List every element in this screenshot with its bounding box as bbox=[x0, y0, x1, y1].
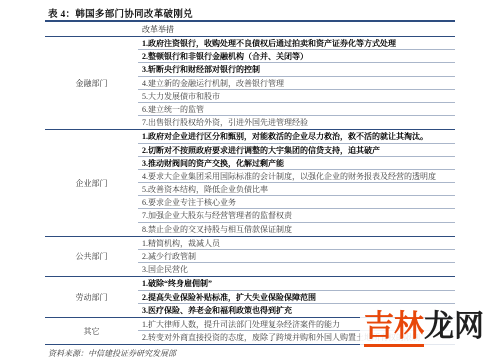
table-row: 5.大力发展债市和股市 bbox=[138, 90, 455, 103]
table-header-row: 改革举措 bbox=[45, 20, 455, 37]
table-row: 7.出售银行股权给外资，引进外国先进管理经验 bbox=[138, 116, 455, 129]
table-row: 7.加强企业大股东与经营管理者的监督权责 bbox=[138, 209, 455, 222]
watermark: 吉林龙网 bbox=[360, 309, 488, 345]
table-row: 1.政府注资银行，收购处理不良债权后通过拍卖和资产证券化等方式处理 bbox=[138, 37, 455, 50]
section-label: 企业部门 bbox=[45, 130, 138, 236]
table-row: 3.斩断央行和财经部对银行的控制 bbox=[138, 63, 455, 76]
section-label: 金融部门 bbox=[45, 37, 138, 129]
source-note: 资料来源：中信建投证券研究发展部 bbox=[48, 348, 176, 359]
table-row: 2.整顿银行和非银行金融机构（合并、关闭等） bbox=[138, 50, 455, 63]
reform-table: 改革举措 金融部门1.政府注资银行，收购处理不良债权后通过拍卖和资产证券化等方式… bbox=[45, 20, 455, 345]
table-section: 公共部门1.精简机构，裁减人员2.减少行政管制3.国企民营化 bbox=[45, 237, 455, 278]
table-row: 3.推动财阀间的资产交换，化解过剩产能 bbox=[138, 157, 455, 170]
table-row: 1.政府对企业进行区分和甄别，对能救活的企业尽力救治，救不活的就让其淘汰。 bbox=[138, 130, 455, 143]
table-row: 3.国企民营化 bbox=[138, 263, 455, 276]
table-row: 5.改善资本结构，降低企业负债比率 bbox=[138, 183, 455, 196]
section-label: 其它 bbox=[45, 318, 138, 344]
table-body: 金融部门1.政府注资银行，收购处理不良债权后通过拍卖和资产证券化等方式处理2.整… bbox=[45, 37, 455, 345]
table-row: 2.提高失业保险补贴标准，扩大失业保险保障范围 bbox=[138, 291, 455, 304]
table-title: 表 4：韩国多部门协同改革破刚兑 bbox=[48, 6, 193, 20]
table-row: 2.减少行政管制 bbox=[138, 250, 455, 263]
table-row: 1.精简机构，裁减人员 bbox=[138, 237, 455, 250]
watermark-part2: 龙网 bbox=[424, 310, 484, 343]
table-section: 金融部门1.政府注资银行，收购处理不良债权后通过拍卖和资产证券化等方式处理2.整… bbox=[45, 37, 455, 130]
table-row: 4.建立新的金融运行机制，改善银行管理 bbox=[138, 77, 455, 90]
table-row: 1.破除“终身雇佣制” bbox=[138, 277, 455, 290]
section-label: 劳动部门 bbox=[45, 277, 138, 317]
table-row: 8.禁止企业的交叉持股与相互借款保证制度 bbox=[138, 223, 455, 236]
header-label: 改革举措 bbox=[138, 24, 174, 35]
section-rows: 1.政府对企业进行区分和甄别，对能救活的企业尽力救治，救不活的就让其淘汰。2.切… bbox=[138, 130, 455, 236]
table-row: 6.建立统一的监管 bbox=[138, 103, 455, 116]
watermark-part1: 吉林 bbox=[364, 310, 424, 347]
table-row: 6.要求企业专注于核心业务 bbox=[138, 196, 455, 209]
table-row: 4.要求大企业集团采用国际标准的会计制度，以强化企业的财务报表及经营的透明度 bbox=[138, 170, 455, 183]
report-page: 表 4：韩国多部门协同改革破刚兑 改革举措 金融部门1.政府注资银行，收购处理不… bbox=[0, 0, 500, 363]
table-section: 企业部门1.政府对企业进行区分和甄别，对能救活的企业尽力救治，救不活的就让其淘汰… bbox=[45, 130, 455, 237]
table-row: 2.切断对不按照政府要求进行调整的大宇集团的信贷支持，迫其破产 bbox=[138, 144, 455, 157]
section-rows: 1.精简机构，裁减人员2.减少行政管制3.国企民营化 bbox=[138, 237, 455, 277]
section-rows: 1.政府注资银行，收购处理不良债权后通过拍卖和资产证券化等方式处理2.整顿银行和… bbox=[138, 37, 455, 129]
section-label: 公共部门 bbox=[45, 237, 138, 277]
